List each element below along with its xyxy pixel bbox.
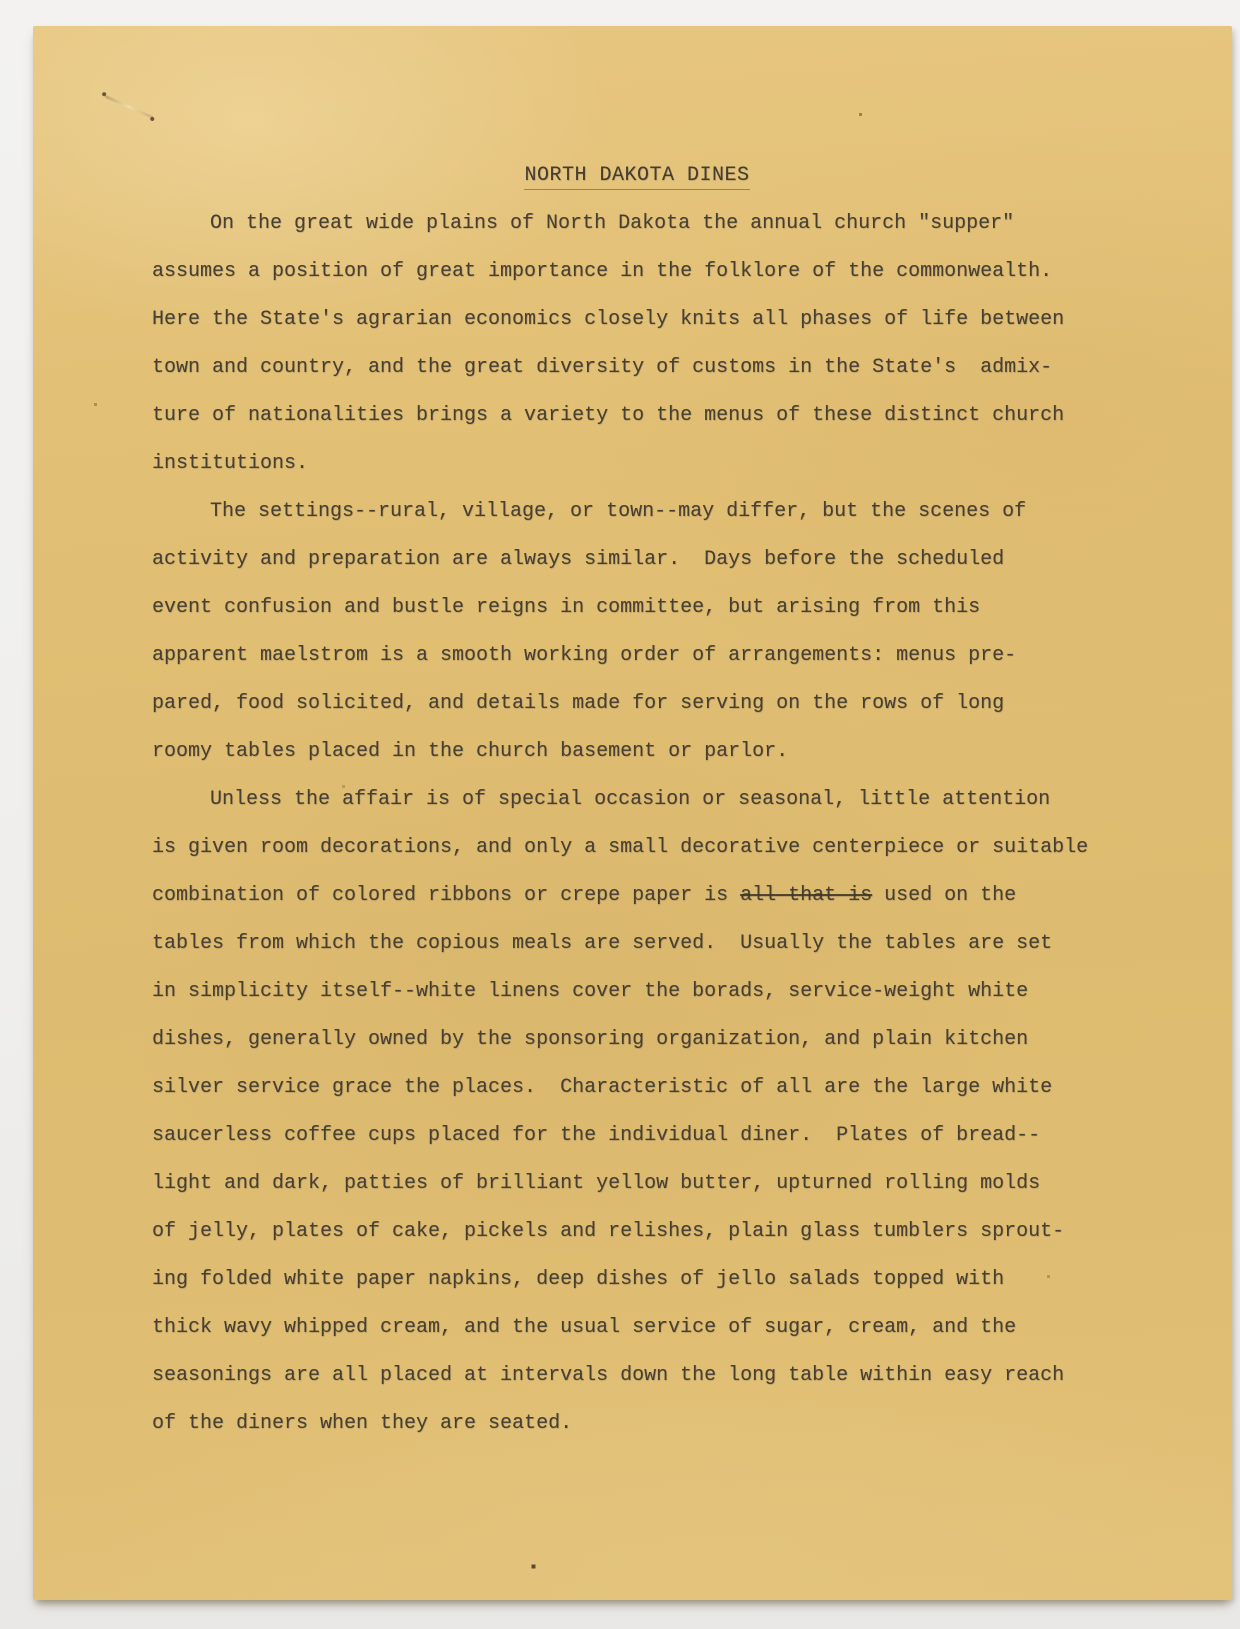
- text-line: event confusion and bustle reigns in com…: [152, 584, 1122, 632]
- text-line: tables from which the copious meals are …: [152, 920, 1122, 968]
- staple-crease-mark: [94, 81, 163, 134]
- manuscript-page: NORTH DAKOTA DINES On the great wide pla…: [33, 26, 1232, 1600]
- text-line: ture of nationalities brings a variety t…: [152, 392, 1122, 440]
- paragraph: On the great wide plains of North Dakota…: [152, 200, 1122, 488]
- text-line: light and dark, patties of brilliant yel…: [152, 1160, 1122, 1208]
- text-line: assumes a position of great importance i…: [152, 248, 1122, 296]
- text-line: seasonings are all placed at intervals d…: [152, 1352, 1122, 1400]
- text-line: saucerless coffee cups placed for the in…: [152, 1112, 1122, 1160]
- scan-background: NORTH DAKOTA DINES On the great wide pla…: [0, 0, 1240, 1629]
- paper-specks: [33, 26, 34, 27]
- text-line: pared, food solicited, and details made …: [152, 680, 1122, 728]
- document-title-row: NORTH DAKOTA DINES: [152, 152, 1122, 200]
- document-body: On the great wide plains of North Dakota…: [152, 200, 1122, 1448]
- text-line: institutions.: [152, 440, 1122, 488]
- text-line: is given room decorations, and only a sm…: [152, 824, 1122, 872]
- text-line: combination of colored ribbons or crepe …: [152, 872, 1122, 920]
- page-title: NORTH DAKOTA DINES: [524, 163, 749, 190]
- text-line: roomy tables placed in the church baseme…: [152, 728, 1122, 776]
- text-line: dishes, generally owned by the sponsorin…: [152, 1016, 1122, 1064]
- text-line: The settings--rural, village, or town--m…: [152, 488, 1122, 536]
- staple-hole: [150, 116, 155, 121]
- crease-line: [105, 95, 154, 119]
- text-line: in simplicity itself--white linens cover…: [152, 968, 1122, 1016]
- text-line: apparent maelstrom is a smooth working o…: [152, 632, 1122, 680]
- paragraph: Unless the affair is of special occasion…: [152, 776, 1122, 1448]
- text-line: ing folded white paper napkins, deep dis…: [152, 1256, 1122, 1304]
- text-line: of the diners when they are seated.: [152, 1400, 1122, 1448]
- paragraph: The settings--rural, village, or town--m…: [152, 488, 1122, 776]
- text-segment: combination of colored ribbons or crepe …: [152, 884, 740, 907]
- text-line: thick wavy whipped cream, and the usual …: [152, 1304, 1122, 1352]
- text-line: On the great wide plains of North Dakota…: [152, 200, 1122, 248]
- text-line: of jelly, plates of cake, pickels and re…: [152, 1208, 1122, 1256]
- text-line: Unless the affair is of special occasion…: [152, 776, 1122, 824]
- text-line: activity and preparation are always simi…: [152, 536, 1122, 584]
- strikethrough-text: all that is: [740, 884, 872, 907]
- text-segment: used on the: [872, 884, 1016, 907]
- staple-hole: [102, 92, 107, 97]
- text-line: town and country, and the great diversit…: [152, 344, 1122, 392]
- text-line: Here the State's agrarian economics clos…: [152, 296, 1122, 344]
- text-line: silver service grace the places. Charact…: [152, 1064, 1122, 1112]
